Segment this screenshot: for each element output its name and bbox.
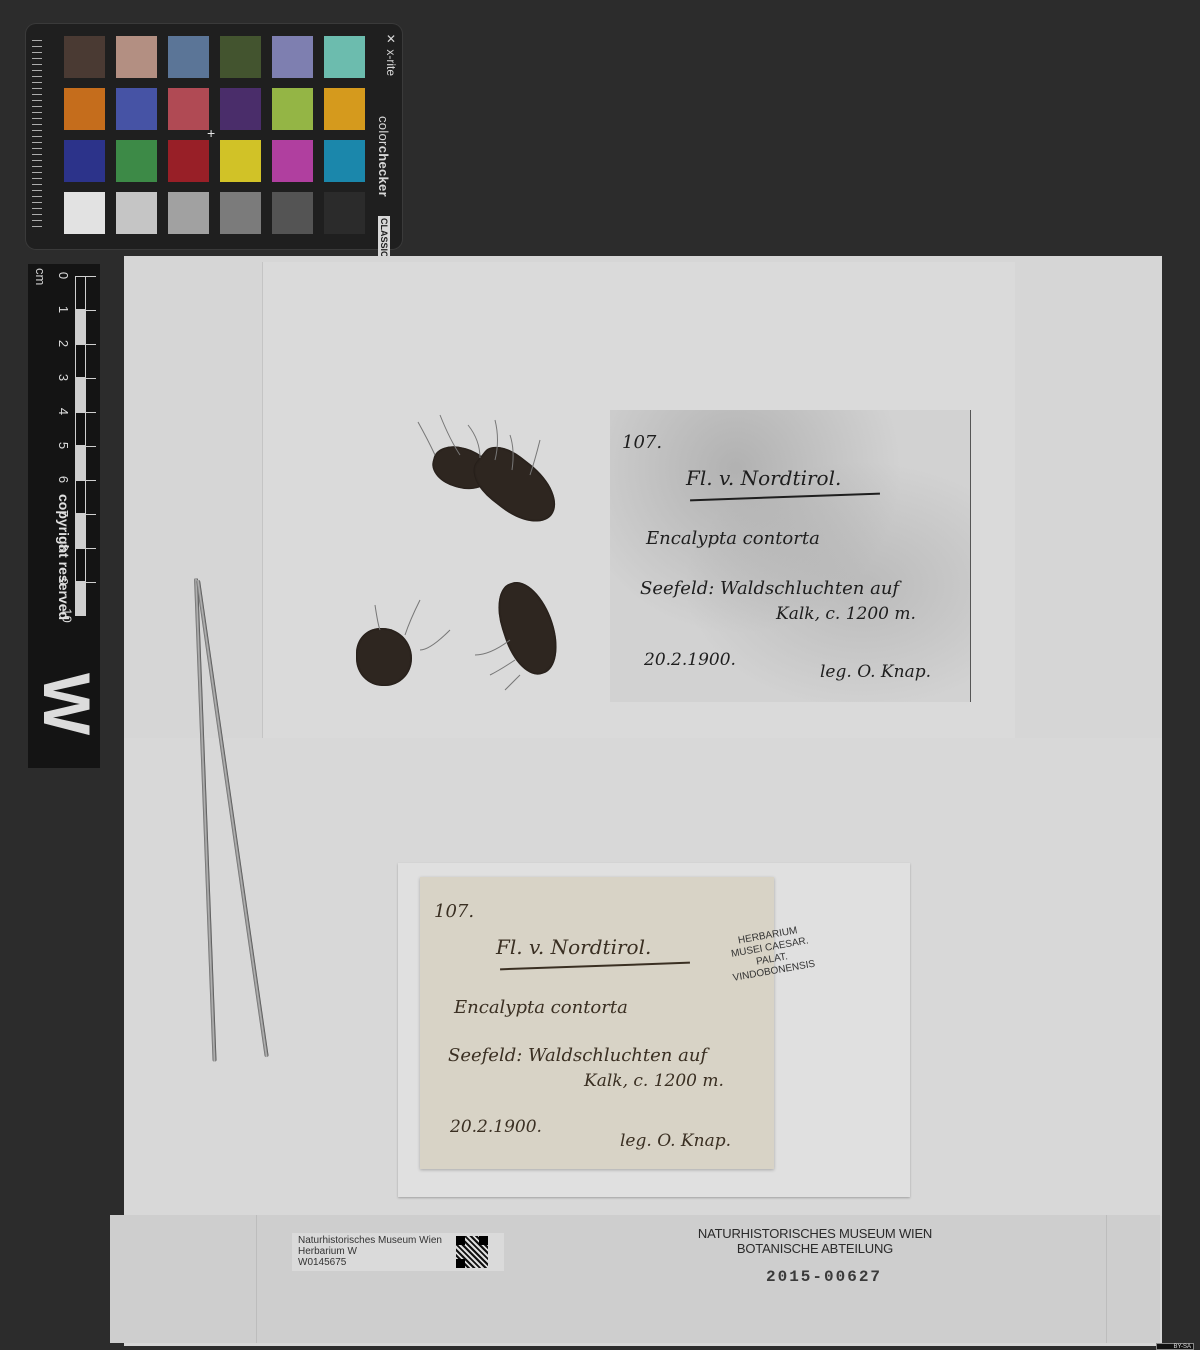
label-date: 20.2.1900. [644,650,736,670]
catalog-number: W0145675 [298,1257,442,1268]
herbarium-name: Herbarium W [298,1246,442,1257]
color-swatch [168,192,209,234]
scale-tick-label: 5 [56,442,71,449]
copyright-text: copyright reserved [56,494,72,620]
color-swatch [168,88,209,130]
color-swatch [116,88,157,130]
color-swatch [168,36,209,78]
scale-track [75,276,86,616]
qr-code-icon [456,1236,488,1268]
herbarium-w-logo: W [29,673,105,735]
label-date: 20.2.1900. [450,1117,542,1137]
label-locality: Seefeld: Waldschluchten auf [448,1045,707,1066]
moss-setae [340,410,600,700]
accession-number: 2015-00627 [766,1268,882,1286]
title-underline [690,493,880,502]
museum-department-header: NATURHISTORISCHES MUSEUM WIEN BOTANISCHE… [660,1226,970,1256]
label-habitat: Kalk, c. 1200 m. [776,604,916,624]
scale-ticks [86,276,96,616]
scale-tick-label: 0 [56,272,71,279]
color-swatch [272,88,313,130]
color-swatch [324,192,365,234]
scale-tick-label: 2 [56,340,71,347]
xrite-logo: ✕ x-rite [378,32,398,92]
institution-name: Naturhistorisches Museum Wien [298,1235,442,1246]
cm-scale-bar: cm 012345678910 copyright reserved W [28,264,100,768]
label-title: Fl. v. Nordtirol. [496,935,651,959]
colorchecker-wordmark: colorchecker [376,116,391,197]
scale-unit: cm [33,268,48,285]
scale-tick-label: 3 [56,374,71,381]
color-swatch [324,140,365,182]
color-swatch [272,36,313,78]
title-underline [500,962,690,971]
color-swatch [116,140,157,182]
color-swatch [324,36,365,78]
label-species: Encalypta contorta [454,997,628,1018]
scale-tick-label: 6 [56,476,71,483]
color-swatch [116,192,157,234]
label-collector: leg. O. Knap. [620,1131,731,1151]
label-collector: leg. O. Knap. [820,662,931,682]
label-number: 107. [434,901,474,922]
scale-tick-label: 1 [56,306,71,313]
photocopy-label: 107. Fl. v. Nordtirol. Encalypta contort… [610,410,971,702]
label-locality: Seefeld: Waldschluchten auf [640,578,899,599]
label-number: 107. [622,432,662,453]
color-swatch [272,192,313,234]
color-swatch [220,36,261,78]
label-title: Fl. v. Nordtirol. [686,466,841,490]
color-checker-card: + ✕ x-rite colorchecker CLASSIC [26,24,402,249]
classic-badge: CLASSIC [378,216,390,260]
color-swatch [220,88,261,130]
crosshair-icon: + [207,125,215,141]
color-swatch [116,36,157,78]
original-label: 107. Fl. v. Nordtirol. Encalypta contort… [420,877,774,1169]
checker-ruler [32,40,42,230]
cc-license-badge: BY-SA [1156,1343,1194,1350]
color-swatch [168,140,209,182]
color-swatch [220,140,261,182]
color-swatch [272,140,313,182]
label-species: Encalypta contorta [646,528,820,549]
sheet-bottom-strip [110,1215,1160,1343]
color-swatch [220,192,261,234]
color-swatch [64,192,105,234]
label-habitat: Kalk, c. 1200 m. [584,1071,724,1091]
color-swatch [64,36,105,78]
barcode-label: Naturhistorisches Museum Wien Herbarium … [292,1233,504,1271]
color-swatch [64,140,105,182]
scale-tick-label: 4 [56,408,71,415]
color-swatch [64,88,105,130]
color-swatch [324,88,365,130]
